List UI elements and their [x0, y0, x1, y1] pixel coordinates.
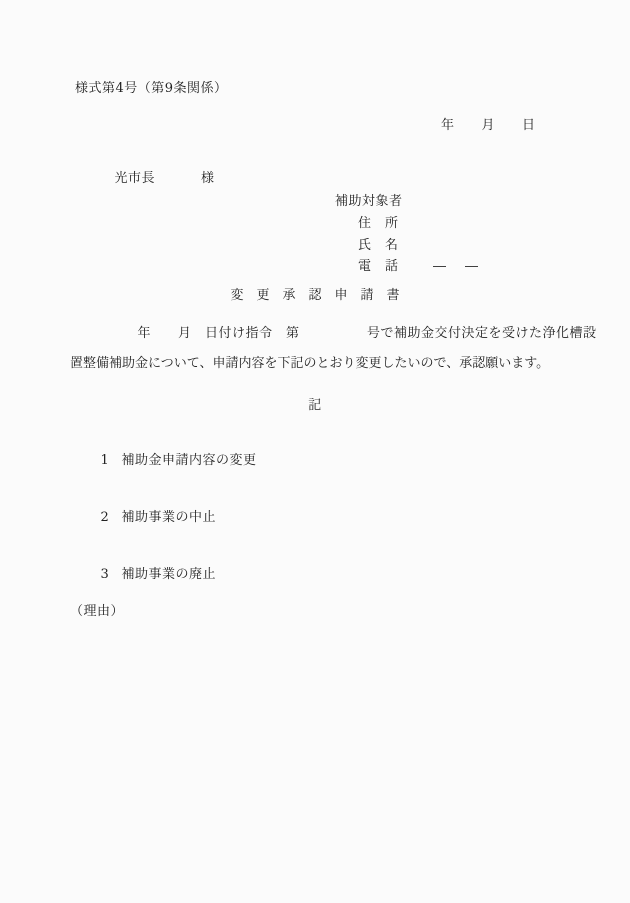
applicant-heading: 補助対象者	[335, 190, 403, 209]
addressee-line: 光市長様	[96, 152, 215, 201]
addressee-honorific: 様	[201, 171, 215, 186]
list-item-1: 1補助金申請内容の変更	[82, 434, 257, 483]
name-label: 氏 名	[358, 234, 399, 253]
list-item-2-number: 2	[101, 510, 122, 525]
list-item-2-text: 補助事業の中止	[122, 510, 217, 525]
list-item-3: 3補助事業の廃止	[82, 548, 216, 597]
body-paragraph-line-1: 年 月 日付け指令 第 号で補助金交付決定を受けた浄化槽設	[70, 322, 597, 341]
list-item-1-text: 補助金申請内容の変更	[122, 453, 257, 468]
list-item-3-text: 補助事業の廃止	[122, 567, 217, 582]
body-paragraph-line-2: 置整備補助金について、申請内容を下記のとおり変更したいので、承認願います。	[70, 352, 549, 371]
address-label: 住 所	[358, 212, 399, 231]
document-title: 変 更 承 認 申 請 書	[0, 284, 630, 303]
addressee-name: 光市長	[115, 171, 156, 186]
list-item-1-number: 1	[101, 453, 122, 468]
list-item-2: 2補助事業の中止	[82, 491, 216, 540]
reason-label: （理由）	[70, 600, 124, 619]
date-line: 年 月 日	[441, 114, 536, 133]
application-form-page: 様式第4号（第9条関係） 年 月 日 光市長様 補助対象者 住 所 氏 名 電 …	[0, 0, 630, 903]
phone-label: 電 話	[358, 255, 399, 274]
record-marker: 記	[0, 394, 630, 413]
list-item-3-number: 3	[101, 567, 122, 582]
phone-separator: ― ―	[433, 255, 481, 274]
form-number: 様式第4号（第9条関係）	[75, 77, 228, 96]
